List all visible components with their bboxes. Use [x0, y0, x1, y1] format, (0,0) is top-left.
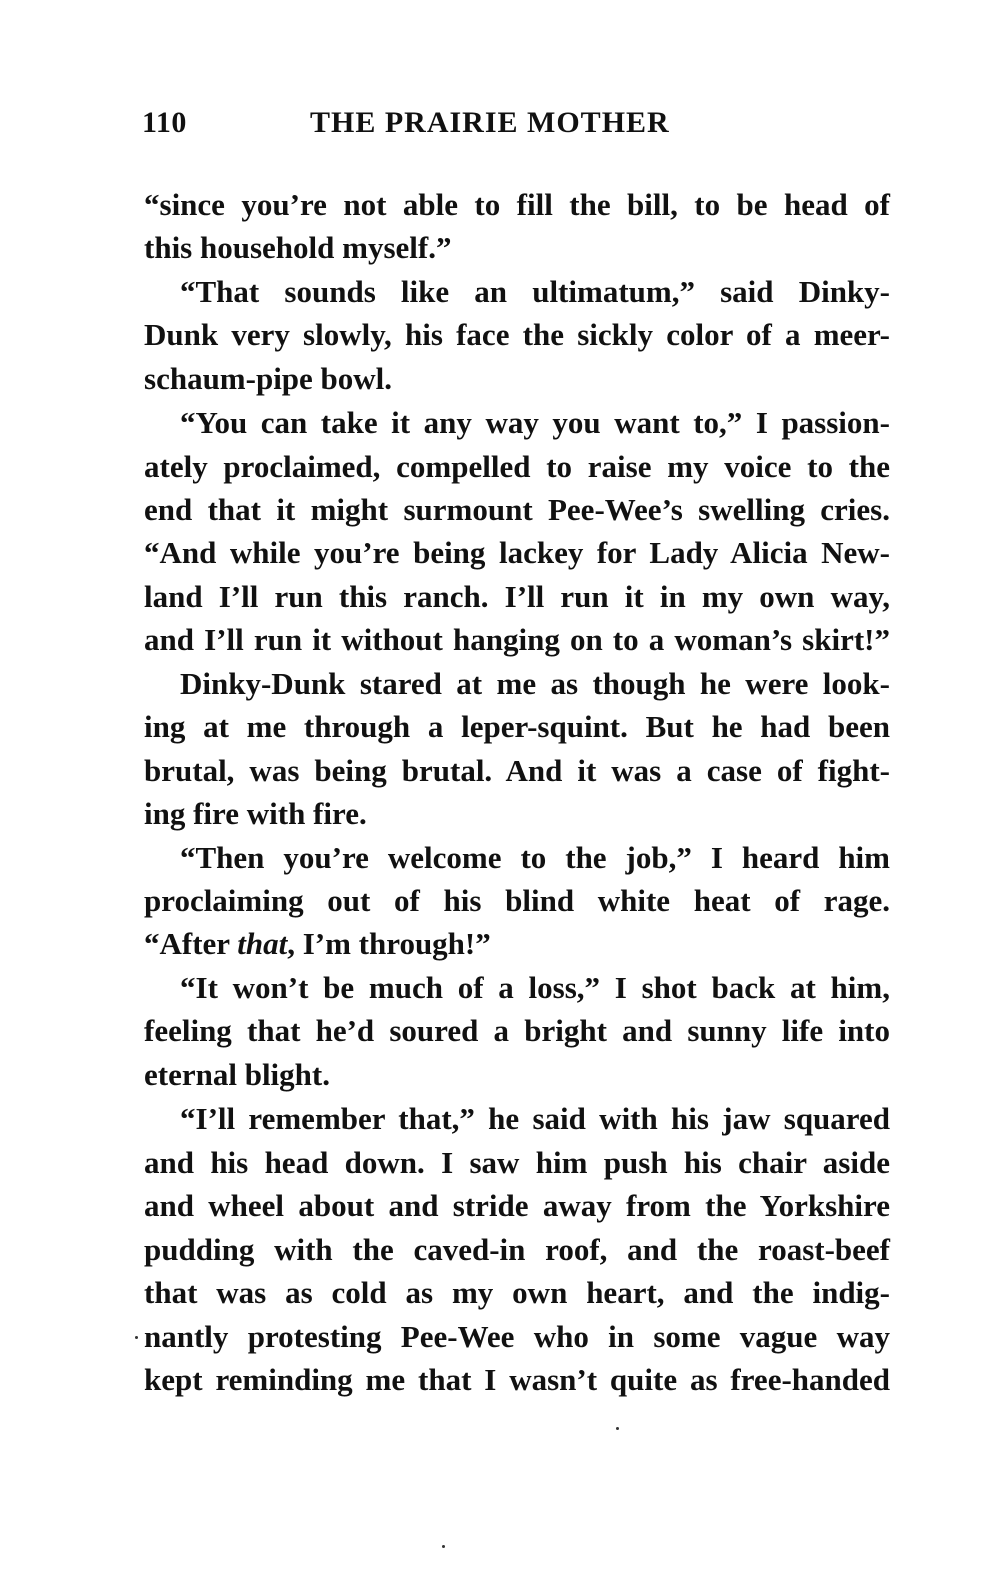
scan-speck: [135, 1336, 138, 1339]
running-head: 110 THE PRAIRIE MOTHER: [142, 106, 892, 146]
text-line: “since you’re not able to fill the bill,…: [144, 183, 890, 227]
text-segment: , I’m through!”: [287, 926, 491, 961]
emphasis: that: [237, 926, 287, 961]
text-line: brutal, was being brutal. And it was a c…: [144, 749, 890, 793]
text-line: ing fire with fire.: [144, 792, 890, 836]
scan-speck: [616, 1427, 619, 1430]
text-line: “I’ll remember that,” he said with his j…: [144, 1097, 890, 1141]
text-line: this household myself.”: [144, 226, 890, 270]
text-line: nantly protesting Pee-Wee who in some va…: [144, 1315, 890, 1359]
text-line: Dinky-Dunk stared at me as though he wer…: [144, 662, 890, 706]
text-line: end that it might surmount Pee-Wee’s swe…: [144, 488, 890, 532]
text-line: “After that, I’m through!”: [144, 922, 890, 966]
text-line: and I’ll run it without hanging on to a …: [144, 618, 890, 662]
text-line: that was as cold as my own heart, and th…: [144, 1271, 890, 1315]
text-line: land I’ll run this ranch. I’ll run it in…: [144, 575, 890, 619]
scan-speck: [442, 1545, 445, 1548]
text-line: “It won’t be much of a loss,” I shot bac…: [144, 966, 890, 1010]
page-number: 110: [142, 106, 187, 140]
text-line: feeling that he’d soured a bright and su…: [144, 1009, 890, 1053]
text-line: kept reminding me that I wasn’t quite as…: [144, 1358, 890, 1402]
text-line: pudding with the caved-in roof, and the …: [144, 1228, 890, 1272]
book-page: 110 THE PRAIRIE MOTHER “since you’re not…: [0, 0, 1000, 1573]
text-line: eternal blight.: [144, 1053, 890, 1097]
text-line: ing at me through a leper-squint. But he…: [144, 705, 890, 749]
text-line: proclaiming out of his blind white heat …: [144, 879, 890, 923]
text-line: and his head down. I saw him push his ch…: [144, 1141, 890, 1185]
text-line: schaum-pipe bowl.: [144, 357, 890, 401]
text-line: ately proclaimed, compelled to raise my …: [144, 445, 890, 489]
text-line: “Then you’re welcome to the job,” I hear…: [144, 836, 890, 880]
running-title: THE PRAIRIE MOTHER: [310, 106, 670, 140]
text-line: Dunk very slowly, his face the sickly co…: [144, 313, 890, 357]
text-segment: “After: [144, 926, 237, 961]
text-line: “And while you’re being lackey for Lady …: [144, 531, 890, 575]
text-line: and wheel about and stride away from the…: [144, 1184, 890, 1228]
text-line: “You can take it any way you want to,” I…: [144, 401, 890, 445]
text-line: “That sounds like an ultimatum,” said Di…: [144, 270, 890, 314]
